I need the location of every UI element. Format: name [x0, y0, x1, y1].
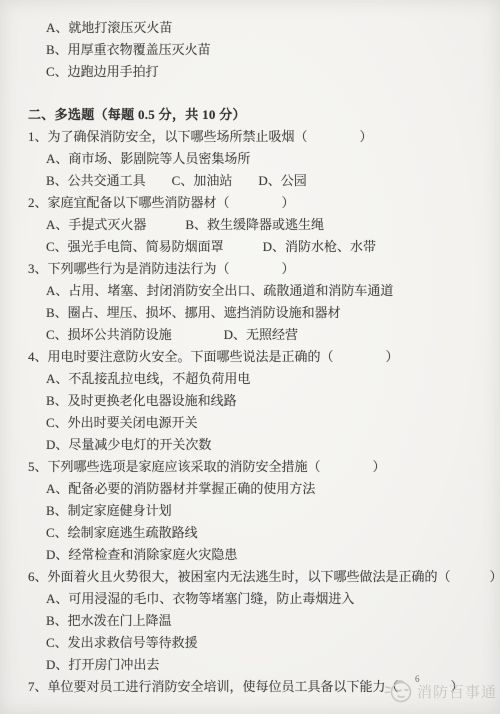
question-stem: 5、下列哪些选项是家庭应该采取的消防安全措施（ ）: [0, 456, 500, 478]
answer-option-line: D、尽量减少电灯的开关次数: [0, 434, 500, 456]
answer-option-line: C、外出时要关闭电源开关: [0, 412, 500, 434]
answer-option-line: C、边跑边用手拍打: [0, 61, 500, 83]
answer-option-line: B、圈占、埋压、损坏、挪用、遮挡消防设施和器材: [0, 302, 500, 324]
section-heading: 二、多选题（每题 0.5 分，共 10 分）: [0, 104, 500, 126]
answer-option-line: B、制定家庭健身计划: [0, 500, 500, 522]
question-stem: 2、家庭宜配备以下哪些消防器材（ ）: [0, 192, 500, 214]
question-stem: 3、下列哪些行为是消防违法行为（ ）: [0, 258, 500, 280]
answer-option-line: B、把水泼在门上降温: [0, 610, 500, 632]
answer-option-line: C、绘制家庭逃生疏散路线: [0, 522, 500, 544]
question-stem: 6、外面着火且火势很大，被困室内无法逃生时，以下哪些做法是正确的（ ）: [0, 566, 500, 588]
answer-option-line: A、商市场、影剧院等人员密集场所: [0, 148, 500, 170]
answer-option-line: B、公共交通工具 C、加油站 D、公园: [0, 170, 500, 192]
watermark-text: 消防百事通: [417, 681, 497, 702]
answer-option-line: C、强光手电筒、简易防烟面罩 D、消防水枪、水带: [0, 236, 500, 258]
answer-option-line: D、经常检查和消除家庭火灾隐患: [0, 544, 500, 566]
answer-option-line: C、损坏公共消防设施 D、无照经营: [0, 324, 500, 346]
answer-option-line: A、就地打滚压灭火苗: [0, 17, 500, 39]
answer-option-line: A、配备必要的消防器材并掌握正确的使用方法: [0, 478, 500, 500]
answer-option-line: A、可用浸湿的毛巾、衣物等堵塞门缝，防止毒烟进入: [0, 588, 500, 610]
answer-option-line: C、发出求救信号等待救援: [0, 632, 500, 654]
exam-content: A、就地打滚压灭火苗B、用厚重衣物覆盖压灭火苗C、边跑边用手拍打二、多选题（每题…: [0, 0, 500, 698]
exam-page: A、就地打滚压灭火苗B、用厚重衣物覆盖压灭火苗C、边跑边用手拍打二、多选题（每题…: [0, 0, 500, 714]
answer-option-line: A、手提式灭火器 B、救生缓降器或逃生绳: [0, 214, 500, 236]
question-stem: 1、为了确保消防安全，以下哪些场所禁止吸烟（ ）: [0, 126, 500, 148]
mascot-face-icon: [384, 678, 414, 704]
answer-option-line: B、及时更换老化电器设施和线路: [0, 390, 500, 412]
question-stem: 4、用电时要注意防火安全。下面哪些说法是正确的（ ）: [0, 346, 500, 368]
answer-option-line: A、不乱接乱拉电线，不超负荷用电: [0, 368, 500, 390]
watermark: 消防百事通: [384, 678, 497, 704]
answer-option-line: D、打开房门冲出去: [0, 654, 500, 676]
answer-option-line: A、占用、堵塞、封闭消防安全出口、疏散通道和消防车通道: [0, 280, 500, 302]
answer-option-line: B、用厚重衣物覆盖压灭火苗: [0, 39, 500, 61]
